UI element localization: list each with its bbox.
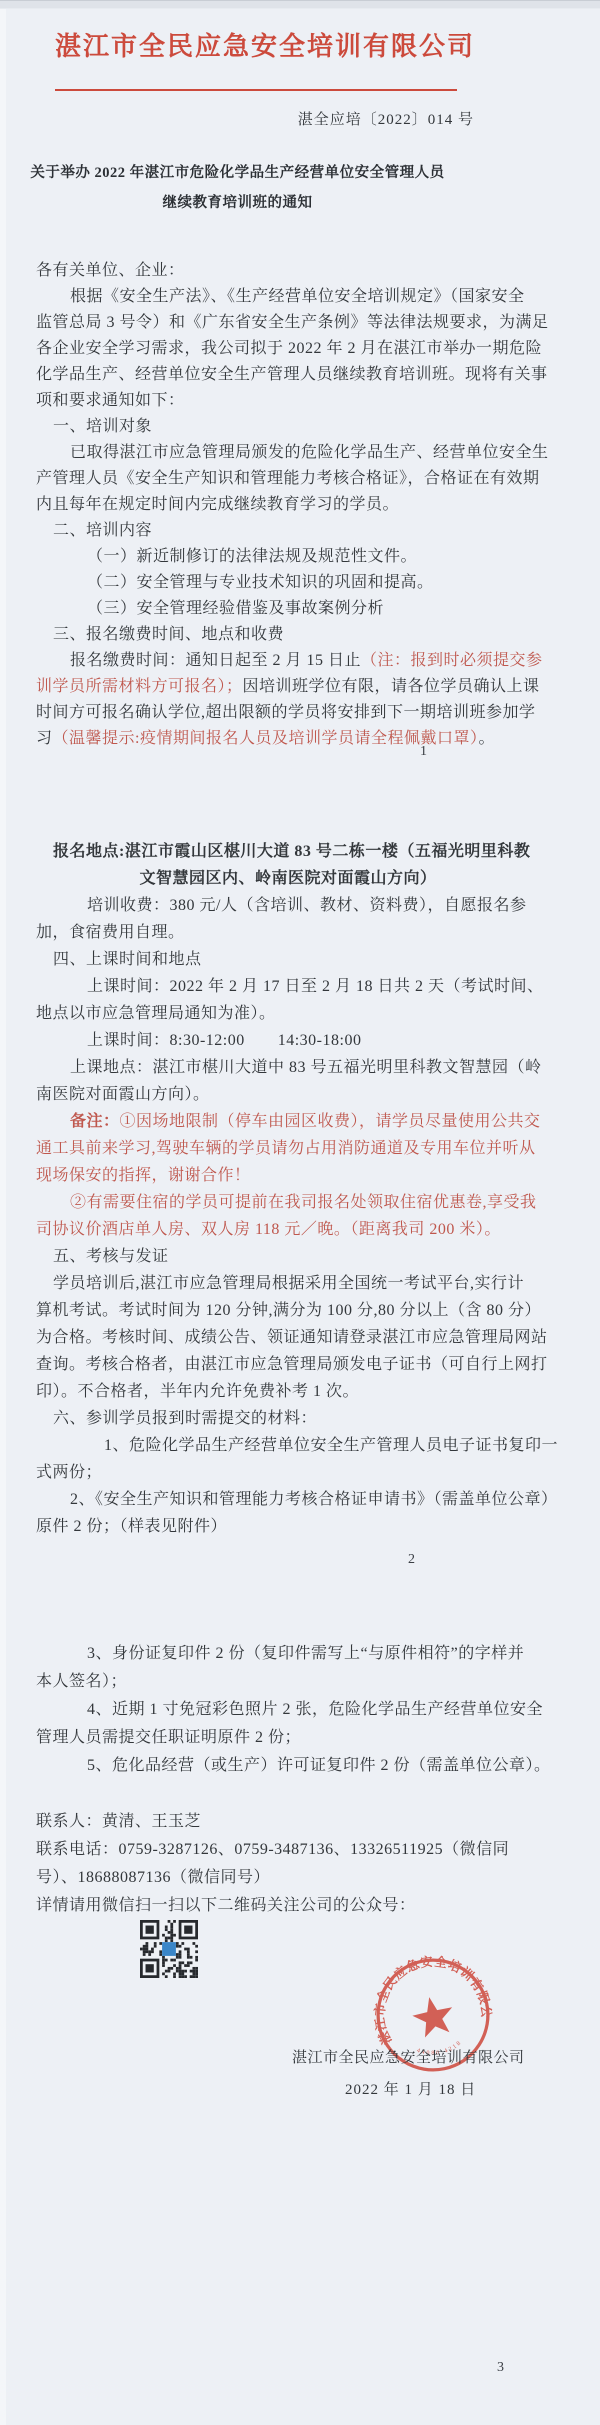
text-line: 现场保安的指挥，谢谢合作！ <box>36 1162 540 1189</box>
text-line: 印）。不合格者，半年内允许免费补考 1 次。 <box>36 1378 540 1405</box>
text-line: 项和要求通知如下： <box>36 388 540 414</box>
text-line: 四、上课时间和地点 <box>36 946 540 973</box>
signature-date: 2022 年 1 月 18 日 <box>345 2078 476 2099</box>
text-line: 已取得湛江市应急管理局颁发的危险化学品生产、经营单位安全生 <box>36 440 540 466</box>
text-line: 六、参训学员报到时需提交的材料： <box>36 1405 540 1432</box>
text-line: 3、身份证复印件 2 份（复印件需写上“与原件相符”的字样并 <box>36 1640 540 1668</box>
text-line: 习（温馨提示:疫情期间报名人员及培训学员请全程佩戴口罩）。 <box>36 726 540 752</box>
text-line: 管理人员需提交任职证明原件 2 份； <box>36 1724 540 1752</box>
text-line: 上课时间：8:30-12:00 14:30-18:00 <box>36 1027 540 1054</box>
text-line: 原件 2 份；（样表见附件） <box>36 1513 540 1540</box>
page-3-body: 3、身份证复印件 2 份（复印件需写上“与原件相符”的字样并本人签名）；4、近期… <box>36 1640 540 1920</box>
text-line: 联系人：黄清、王玉芝 <box>36 1808 540 1836</box>
text-line: 三、报名缴费时间、地点和收费 <box>36 622 540 648</box>
text-line: 联系电话：0759-3287126、0759-3487136、133265119… <box>36 1836 540 1864</box>
blank-line <box>36 1780 540 1808</box>
text-line: 根据《安全生产法》、《生产经营单位安全培训规定》（国家安全 <box>36 284 540 310</box>
text-line: 司协议价酒店单人房、双人房 118 元／晚。（距离我司 200 米）。 <box>36 1216 540 1243</box>
text-line: 监管总局 3 号令）和《广东省安全生产条例》等法律法规要求，为满足 <box>36 310 540 336</box>
text-line: 查询。考核合格者，由湛江市应急管理局颁发电子证书（可自行上网打 <box>36 1351 540 1378</box>
text-line: 文智慧园区内、岭南医院对面霞山方向） <box>36 865 540 892</box>
text-line: 南医院对面霞山方向）。 <box>36 1081 540 1108</box>
text-line: 上课地点：湛江市椹川大道中 83 号五福光明里科教文智慧园（岭 <box>36 1054 540 1081</box>
wechat-qrcode <box>140 1920 198 1978</box>
text-line: 上课时间：2022 年 2 月 17 日至 2 月 18 日共 2 天（考试时间… <box>36 973 540 1000</box>
text-line: （二）安全管理与专业技术知识的巩固和提高。 <box>36 570 540 596</box>
text-line: （一）新近制修订的法律法规及规范性文件。 <box>36 544 540 570</box>
text-line: 加，食宿费用自理。 <box>36 919 540 946</box>
text-line: 五、考核与发证 <box>36 1243 540 1270</box>
text-line: 二、培训内容 <box>36 518 540 544</box>
notice-title-line1: 关于举办 2022 年湛江市危险化学品生产经营单位安全管理人员 <box>15 158 460 188</box>
text-line: 备注：①因场地限制（停车由园区收费），请学员尽量使用公共交 <box>36 1108 540 1135</box>
text-line: 算机考试。考试时间为 120 分钟,满分为 100 分,80 分以上（含 80 … <box>36 1297 540 1324</box>
text-line: 为合格。考核时间、成绩公告、领证通知请登录湛江市应急管理局网站 <box>36 1324 540 1351</box>
page-2-body: 报名地点:湛江市霞山区椹川大道 83 号二栋一楼（五福光明里科教文智慧园区内、岭… <box>36 838 540 1540</box>
seal-star <box>409 1993 457 2039</box>
text-line: 产管理人员《安全生产知识和管理能力考核合格证》，合格证在有效期 <box>36 466 540 492</box>
text-line: 报名地点:湛江市霞山区椹川大道 83 号二栋一楼（五福光明里科教 <box>36 838 540 865</box>
text-line: 本人签名）； <box>36 1668 540 1696</box>
text-line: 各有关单位、企业： <box>36 258 540 284</box>
text-line: 报名缴费时间：通知日起至 2 月 15 日止（注：报到时必须提交参 <box>36 648 540 674</box>
text-line: 通工具前来学习,驾驶车辆的学员请勿占用消防通道及专用车位并听从 <box>36 1135 540 1162</box>
text-line: 1、危险化学品生产经营单位安全生产管理人员电子证书复印一 <box>36 1432 540 1459</box>
page-number-1: 1 <box>420 744 427 760</box>
page-number-2: 2 <box>408 1552 415 1568</box>
text-line: 5、危化品经营（或生产）许可证复印件 2 份（需盖单位公章）。 <box>36 1752 540 1780</box>
page-1-body: 各有关单位、企业：根据《安全生产法》、《生产经营单位安全培训规定》（国家安全监管… <box>36 258 540 752</box>
text-line: 详情请用微信扫一扫以下二维码关注公司的公众号： <box>36 1892 540 1920</box>
signature-company: 湛江市全民应急安全培训有限公司 <box>292 2046 525 2067</box>
text-line: 一、培训对象 <box>36 414 540 440</box>
text-line: （三）安全管理经验借鉴及事故案例分析 <box>36 596 540 622</box>
text-line: 内且每年在规定时间内完成继续教育学习的学员。 <box>36 492 540 518</box>
text-line: 化学品生产、经营单位安全生产管理人员继续教育培训班。现将有关事 <box>36 362 540 388</box>
text-line: 4、近期 1 寸免冠彩色照片 2 张，危险化学品生产经营单位安全 <box>36 1696 540 1724</box>
text-line: 各企业安全学习需求，我公司拟于 2022 年 2 月在湛江市举办一期危险 <box>36 336 540 362</box>
text-line: 式两份； <box>36 1459 540 1486</box>
text-line: 训学员所需材料方可报名）；因培训班学位有限，请各位学员确认上课 <box>36 674 540 700</box>
page-break-2-3 <box>0 0 600 9</box>
text-line: 号）、18688087136（微信同号） <box>36 1864 540 1892</box>
notice-title: 关于举办 2022 年湛江市危险化学品生产经营单位安全管理人员 继续教育培训班的… <box>15 158 460 218</box>
text-line: 学员培训后,湛江市应急管理局根据采用全国统一考试平台,实行计 <box>36 1270 540 1297</box>
scanned-notice-document: 湛江市全民应急安全培训有限公司 湛全应培〔2022〕014 号 关于举办 202… <box>0 0 600 2425</box>
text-line: 地点以市应急管理局通知为准）。 <box>36 1000 540 1027</box>
company-letterhead: 湛江市全民应急安全培训有限公司 <box>40 26 490 63</box>
page-number-3: 3 <box>497 2360 504 2376</box>
text-line: 培训收费：380 元/人（含培训、教材、资料费），自愿报名参 <box>36 892 540 919</box>
text-line: 时间方可报名确认学位,超出限额的学员将安排到下一期培训班参加学 <box>36 700 540 726</box>
document-number: 湛全应培〔2022〕014 号 <box>298 108 474 129</box>
scan-left-edge <box>0 0 6 2425</box>
text-line: ②有需要住宿的学员可提前在我司报名处领取住宿优惠卷,享受我 <box>36 1189 540 1216</box>
notice-title-line2: 继续教育培训班的通知 <box>15 188 460 218</box>
letterhead-divider-line <box>55 89 457 91</box>
text-line: 2、《安全生产知识和管理能力考核合格证申请书》（需盖单位公章） <box>36 1486 540 1513</box>
